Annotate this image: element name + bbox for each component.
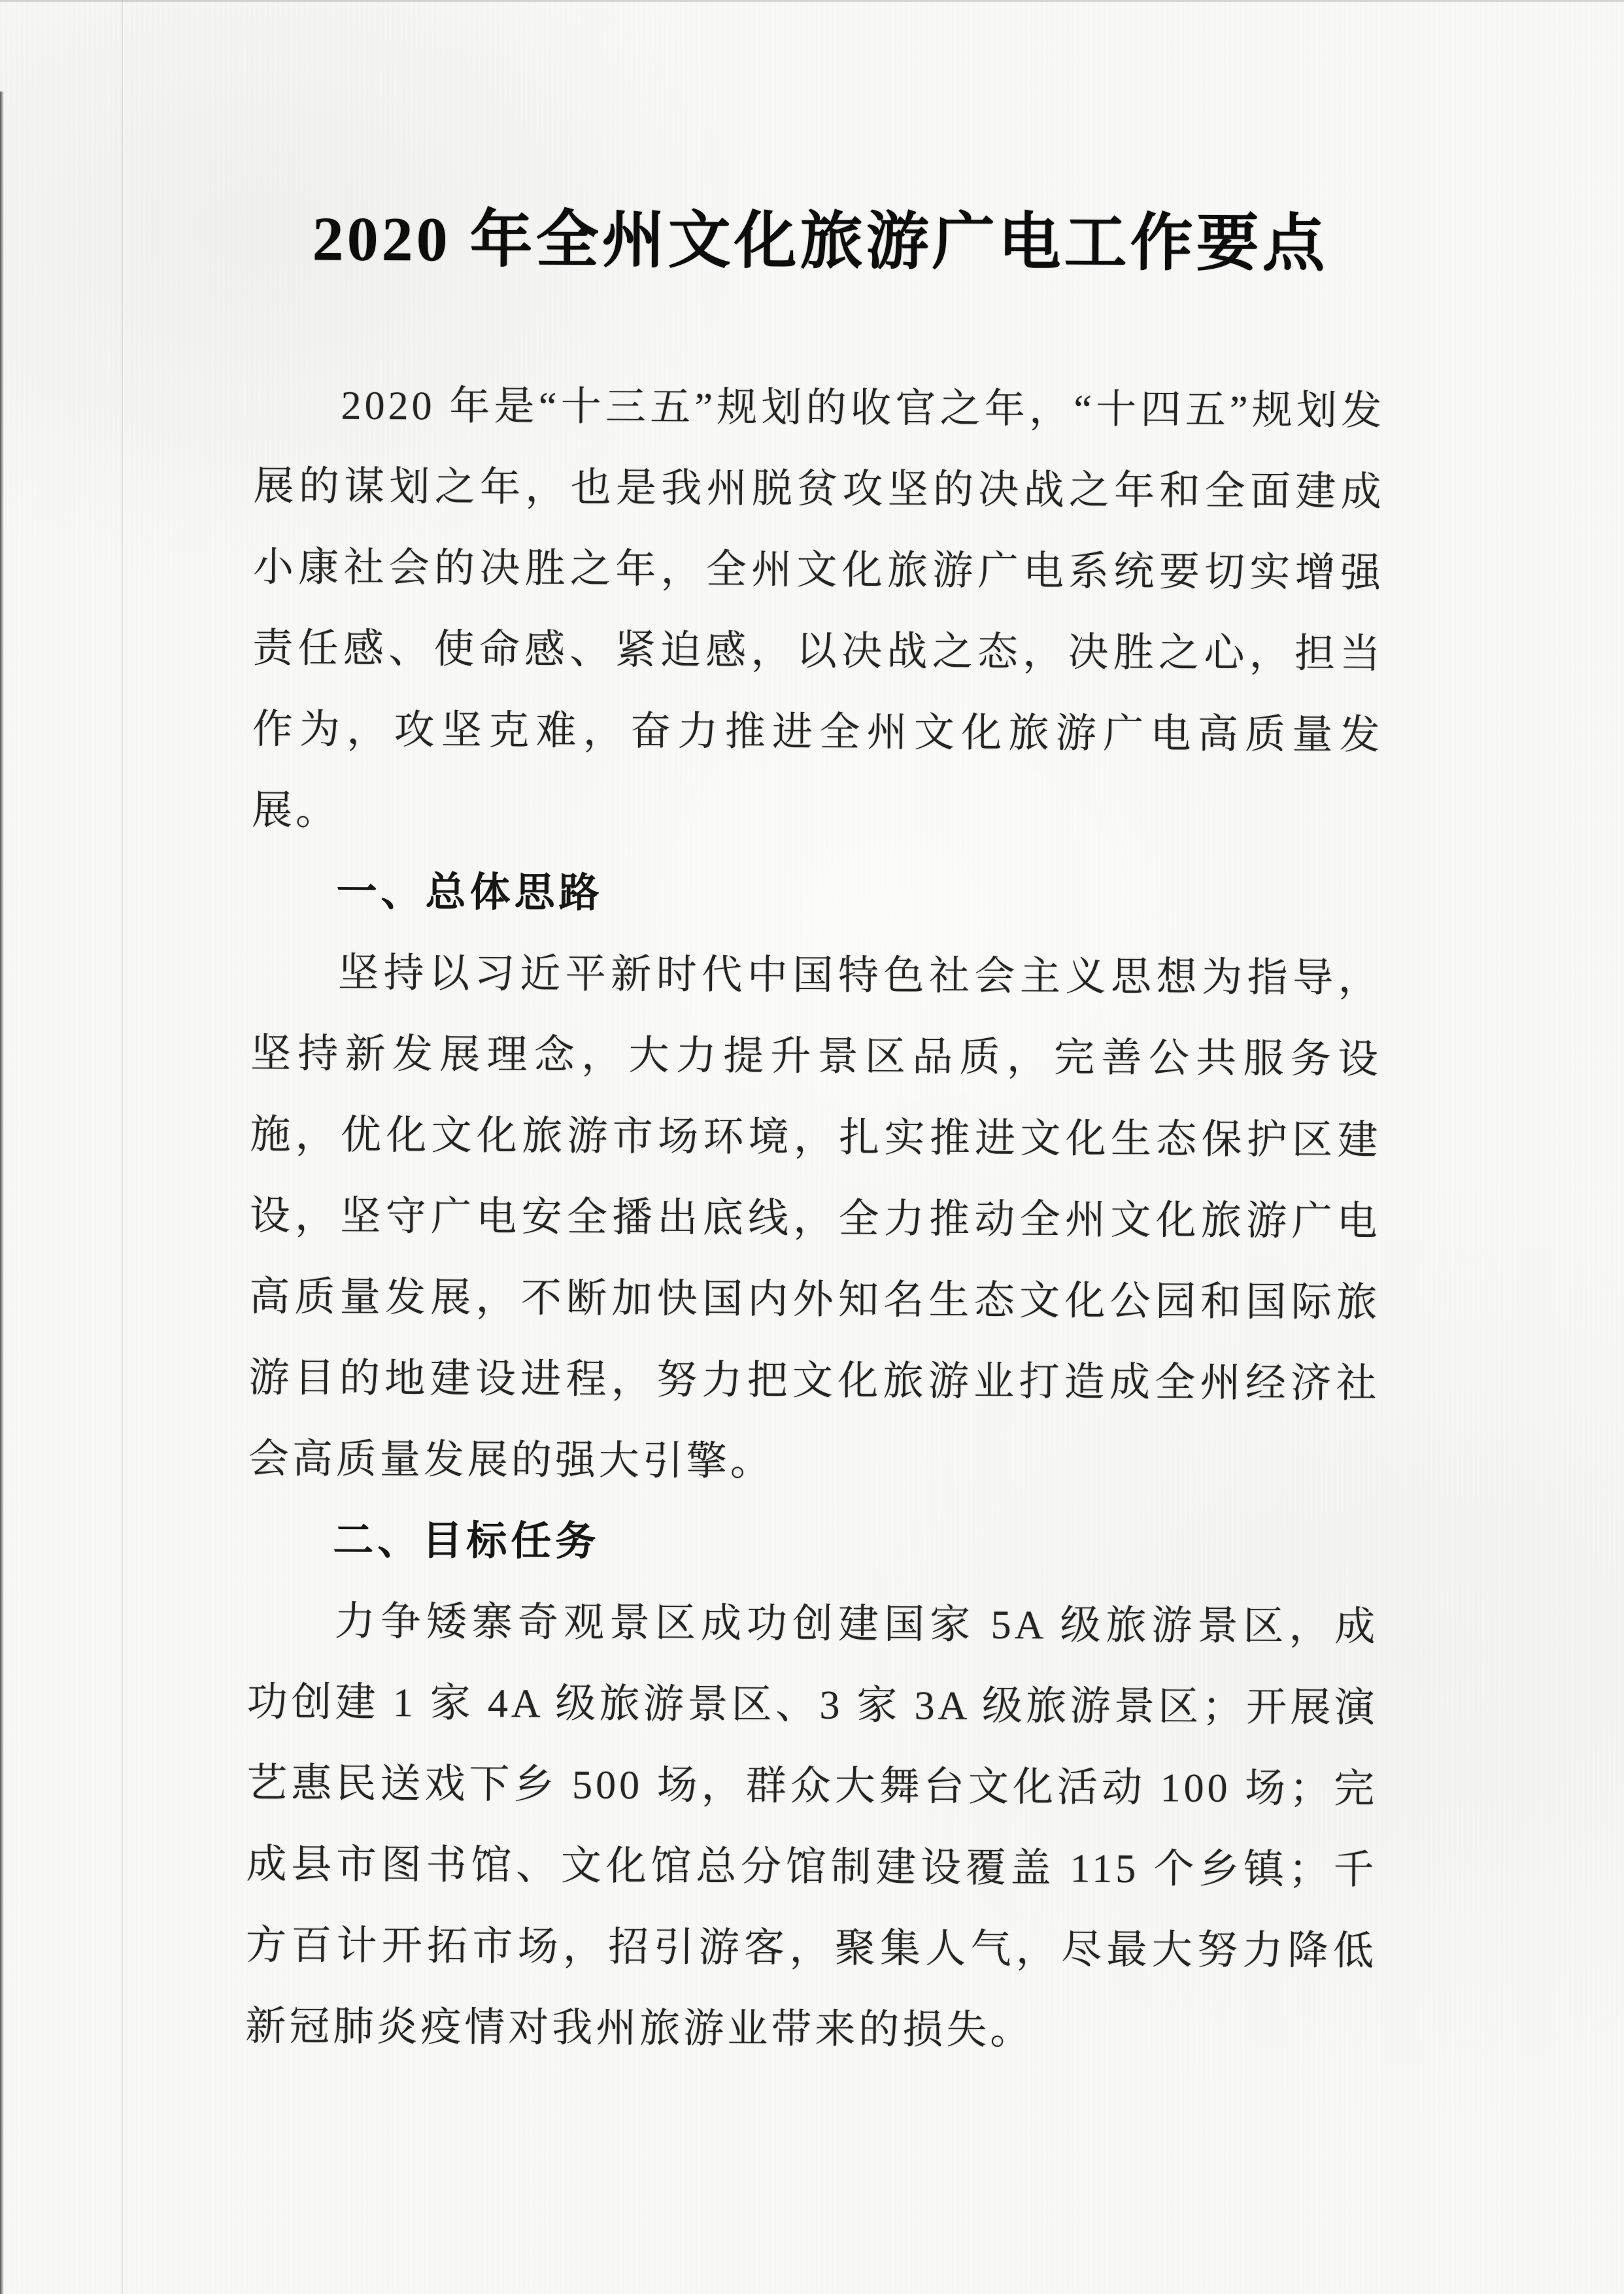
page-background: 2020 年全州文化旅游广电工作要点 2020 年是“十三五”规划的收官之年，“… (0, 0, 1624, 2294)
overall-approach-paragraph: 坚持以习近平新时代中国特色社会主义思想为指导，坚持新发展理念，大力提升景区品质，… (248, 932, 1383, 1506)
intro-paragraph: 2020 年是“十三五”规划的收官之年，“十四五”规划发展的谋划之年，也是我州脱… (252, 365, 1385, 857)
section-heading-target-tasks: 二、目标任务 (248, 1500, 1379, 1587)
scan-fold-line-artifact (122, 0, 123, 2294)
scan-top-edge-artifact (0, 0, 1624, 2)
scan-left-edge-artifact (0, 92, 4, 2294)
scanned-document: { "document": { "title": "2020 年全州文化旅游广电… (0, 0, 1624, 2294)
target-tasks-paragraph: 力争矮寨奇观景区成功创建国家 5A 级旅游景区，成功创建 1 家 4A 级旅游景… (245, 1581, 1379, 2073)
section-heading-overall-approach: 一、总体思路 (251, 851, 1383, 938)
document-title: 2020 年全州文化旅游广电工作要点 (254, 193, 1386, 290)
document-content: 2020 年全州文化旅游广电工作要点 2020 年是“十三五”规划的收官之年，“… (245, 193, 1386, 2073)
